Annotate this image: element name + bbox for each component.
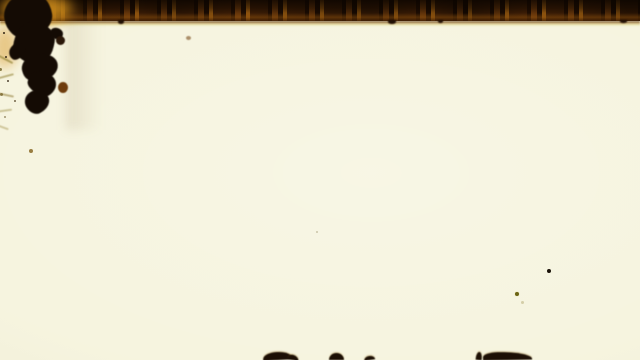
- scorch-drip: [438, 20, 443, 23]
- film-frame: [0, 0, 640, 360]
- dust-speck: [186, 36, 191, 40]
- scorch-drip: [620, 20, 627, 23]
- scorch-drip: [388, 20, 396, 24]
- bottom-mark-bar: [483, 352, 532, 360]
- ink-tendril: [0, 109, 12, 113]
- dust-speck: [547, 269, 551, 273]
- dust-speck: [316, 231, 318, 233]
- bottom-mark-dot: [329, 353, 344, 360]
- ink-blob: [58, 82, 68, 93]
- ink-speck: [0, 93, 3, 96]
- ink-speck: [5, 56, 7, 58]
- ink-blot: [0, 0, 112, 162]
- bottom-mark-tick: [476, 352, 483, 360]
- ink-speck: [14, 100, 16, 102]
- ink-speck: [29, 149, 33, 153]
- scorch-drip: [118, 20, 124, 24]
- dust-speck: [515, 292, 519, 296]
- ink-speck: [7, 80, 9, 82]
- bottom-mark-stroke: [288, 354, 300, 360]
- ink-speck: [4, 116, 6, 118]
- ink-speck: [0, 68, 2, 71]
- ink-blob: [56, 36, 65, 45]
- dust-speck: [521, 301, 524, 304]
- ink-tendril: [0, 124, 9, 130]
- ink-speck: [3, 32, 5, 34]
- bottom-mark-tick: [364, 355, 375, 360]
